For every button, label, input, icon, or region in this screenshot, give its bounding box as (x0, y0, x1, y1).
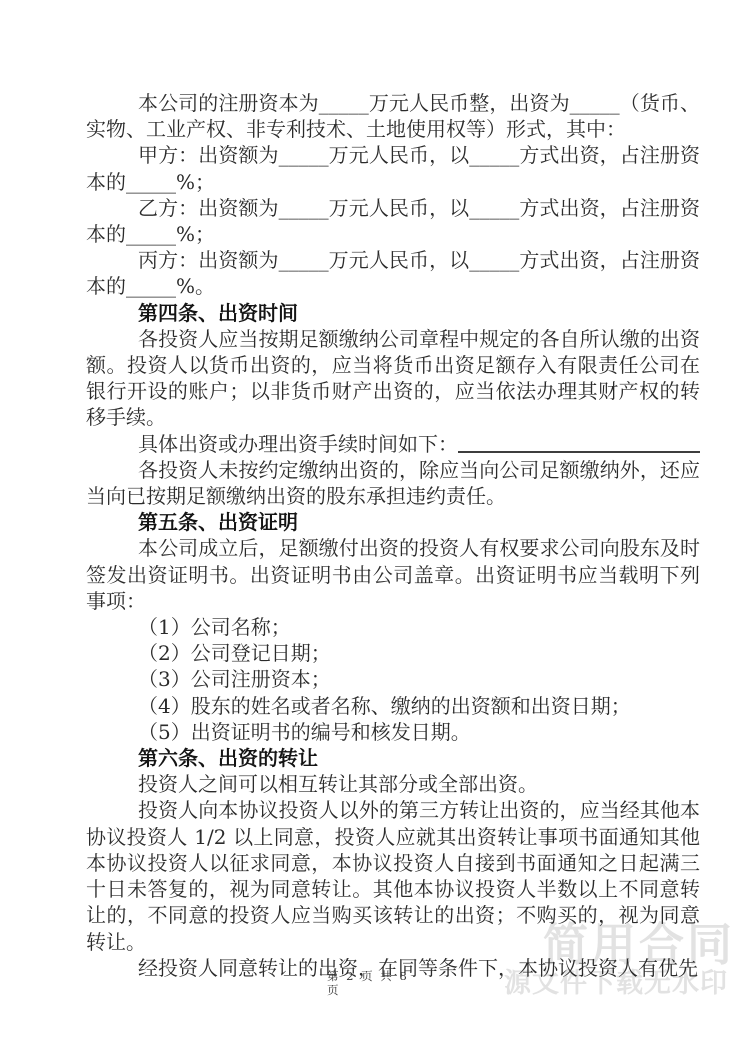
clause-4-heading: 第四条、出资时间 (86, 300, 700, 326)
clause-6-heading: 第六条、出资的转让 (86, 745, 700, 771)
paragraph-third-party-transfer: 投资人向本协议投资人以外的第三方转让出资的，应当经其他本协议投资人 1/2 以上… (86, 797, 700, 954)
paragraph-mutual-transfer: 投资人之间可以相互转让其部分或全部出资。 (86, 771, 700, 797)
page-number-line1: 第 2 页 共 8 (327, 969, 409, 983)
list-item-1: （1）公司名称； (86, 614, 700, 640)
paragraph-registered-capital: 本公司的注册资本为_____万元人民币整，出资为_____（货币、实物、工业产权… (86, 90, 700, 142)
paragraph-breach-liability: 各投资人未按约定缴纳出资的，除应当向公司足额缴纳外，还应当向已按期足额缴纳出资的… (86, 457, 700, 509)
paragraph-capital-certificate: 本公司成立后，足额缴付出资的投资人有权要求公司向股东及时签发出资证明书。出资证明… (86, 535, 700, 614)
payment-schedule-label: 具体出资或办理出资手续时间如下： (86, 431, 458, 457)
page-number-footer: 第 2 页 共 8 页 (327, 969, 409, 997)
clause-5-heading: 第五条、出资证明 (86, 509, 700, 535)
list-item-2: （2）公司登记日期； (86, 640, 700, 666)
paragraph-party-c-contribution: 丙方：出资额为_____万元人民币，以_____方式出资，占注册资本的_____… (86, 247, 700, 299)
paragraph-party-b-contribution: 乙方：出资额为_____万元人民币，以_____方式出资，占注册资本的_____… (86, 195, 700, 247)
page-number-line2: 页 (327, 983, 409, 997)
fill-in-blank-line (458, 451, 700, 453)
paragraph-payment-obligation: 各投资人应当按期足额缴纳公司章程中规定的各自所认缴的出资额。投资人以货币出资的，… (86, 326, 700, 431)
document-body: 本公司的注册资本为_____万元人民币整，出资为_____（货币、实物、工业产权… (86, 90, 700, 981)
list-item-5: （5）出资证明书的编号和核发日期。 (86, 719, 700, 745)
list-item-4: （4）股东的姓名或者名称、缴纳的出资额和出资日期； (86, 693, 700, 719)
paragraph-party-a-contribution: 甲方：出资额为_____万元人民币，以_____方式出资，占注册资本的_____… (86, 142, 700, 194)
paragraph-payment-schedule: 具体出资或办理出资手续时间如下： (86, 431, 700, 457)
list-item-3: （3）公司注册资本； (86, 666, 700, 692)
document-page: 简用合同 源文件下载无水印 本公司的注册资本为_____万元人民币整，出资为__… (0, 0, 742, 1049)
